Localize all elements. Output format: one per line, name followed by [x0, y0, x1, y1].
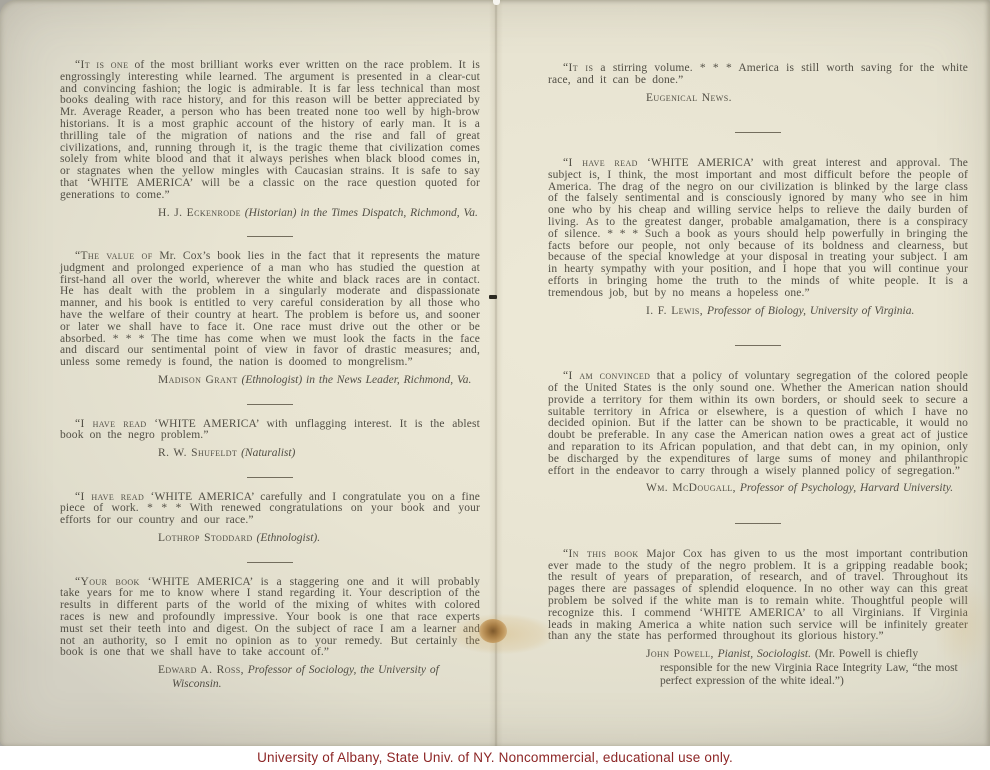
attribution-title: (Historian) in the Times Dispatch, Richm… — [245, 207, 478, 219]
quote-lead: “I have read — [563, 157, 638, 169]
quote-text: “I have read ‘WHITE AMERICA’ carefully a… — [60, 492, 480, 527]
attribution-name: Edward A. Ross, — [158, 664, 244, 676]
attribution-name: Madison Grant — [158, 374, 238, 386]
quote-body: that a policy of voluntary segregation o… — [548, 370, 968, 476]
attribution-title: (Ethnologist). — [257, 532, 321, 544]
section-divider — [735, 523, 781, 524]
attribution-name: Lothrop Stoddard — [158, 532, 253, 544]
attribution: H. J. Eckenrode (Historian) in the Times… — [60, 207, 480, 221]
quote-lead: “I have read — [75, 418, 147, 430]
attribution-name: I. F. Lewis, — [646, 305, 703, 317]
attribution: R. W. Shufeldt (Naturalist) — [60, 447, 480, 461]
attribution: Eugenical News. — [548, 92, 968, 106]
quote-body: ‘WHITE AMERICA’ is a staggering one and … — [60, 576, 480, 659]
paper-edge-stain — [915, 560, 990, 690]
attribution: Lothrop Stoddard (Ethnologist). — [60, 532, 480, 546]
quote-body: Mr. Cox’s book lies in the fact that it … — [60, 250, 480, 368]
attribution-title: (Naturalist) — [241, 447, 295, 459]
testimonial-section: “I am convinced that a policy of volunta… — [548, 371, 968, 496]
attribution: Madison Grant (Ethnologist) in the News … — [60, 374, 480, 388]
attribution: John Powell, Pianist, Sociologist. (Mr. … — [548, 648, 968, 689]
attribution-title: Professor of Psychology, Harvard Univers… — [740, 482, 953, 494]
attribution-name: Eugenical News. — [646, 92, 732, 104]
testimonial-section: “I have read ‘WHITE AMERICA’ with unflag… — [60, 419, 480, 461]
testimonial-section: “I have read ‘WHITE AMERICA’ with great … — [548, 158, 968, 318]
quote-lead: “In this book — [563, 548, 639, 560]
attribution-name: Wm. McDougall, — [646, 482, 736, 494]
quote-text: “I have read ‘WHITE AMERICA’ with unflag… — [60, 419, 480, 443]
page-right: “It is a stirring volume. * * * America … — [548, 63, 968, 689]
testimonial-section: “Your book ‘WHITE AMERICA’ is a staggeri… — [60, 577, 480, 692]
quote-text: “It is a stirring volume. * * * America … — [548, 63, 968, 87]
testimonial-section: “It is one of the most brilliant works e… — [60, 60, 480, 220]
section-divider — [735, 132, 781, 133]
quote-body: Major Cox has given to us the most impor… — [548, 548, 968, 643]
page-left: “It is one of the most brilliant works e… — [60, 60, 480, 691]
quote-body: a stirring volume. * * * America is stil… — [548, 62, 968, 86]
caption-bar: University of Albany, State Univ. of NY.… — [0, 746, 990, 770]
quote-body: ‘WHITE AMERICA’ with great interest and … — [548, 157, 968, 299]
quote-lead: “Your book — [75, 576, 140, 588]
quote-text: “I am convinced that a policy of volunta… — [548, 371, 968, 477]
attribution-name: John Powell, — [646, 648, 714, 660]
fold-top-notch — [493, 0, 500, 5]
testimonial-section: “In this book Major Cox has given to us … — [548, 549, 968, 689]
quote-text: “The value of Mr. Cox’s book lies in the… — [60, 251, 480, 369]
quote-text: “It is one of the most brilliant works e… — [60, 60, 480, 202]
paper-stain-spot — [479, 619, 507, 643]
section-divider — [247, 236, 293, 237]
attribution: Wm. McDougall, Professor of Psychology, … — [548, 482, 968, 496]
attribution-title: Professor of Biology, University of Virg… — [707, 305, 914, 317]
attribution: I. F. Lewis, Professor of Biology, Unive… — [548, 305, 968, 319]
section-divider — [247, 562, 293, 563]
quote-lead: “It is — [563, 62, 593, 74]
attribution-name: H. J. Eckenrode — [158, 207, 241, 219]
attribution-title: Pianist, Sociologist. — [718, 648, 811, 660]
section-divider — [247, 477, 293, 478]
testimonial-section: “The value of Mr. Cox’s book lies in the… — [60, 251, 480, 387]
quote-text: “I have read ‘WHITE AMERICA’ with great … — [548, 158, 968, 300]
section-divider — [735, 345, 781, 346]
testimonial-section: “It is a stirring volume. * * * America … — [548, 63, 968, 105]
testimonial-section: “I have read ‘WHITE AMERICA’ carefully a… — [60, 492, 480, 546]
section-divider — [247, 404, 293, 405]
attribution-name: R. W. Shufeldt — [158, 447, 237, 459]
quote-lead: “I have read — [75, 491, 144, 503]
quote-body: of the most brilliant works ever written… — [60, 59, 480, 201]
document-scan: “It is one of the most brilliant works e… — [0, 0, 990, 746]
quote-text: “In this book Major Cox has given to us … — [548, 549, 968, 643]
quote-text: “Your book ‘WHITE AMERICA’ is a staggeri… — [60, 577, 480, 660]
quote-lead: “I am convinced — [563, 370, 650, 382]
attribution: Edward A. Ross, Professor of Sociology, … — [60, 664, 480, 691]
attribution-title: (Ethnologist) in the News Leader, Richmo… — [241, 374, 471, 386]
ink-dash-mark — [489, 295, 497, 299]
quote-lead: “The value of — [75, 250, 153, 262]
quote-lead: “It is one — [75, 59, 128, 71]
caption-text: University of Albany, State Univ. of NY.… — [257, 750, 733, 765]
